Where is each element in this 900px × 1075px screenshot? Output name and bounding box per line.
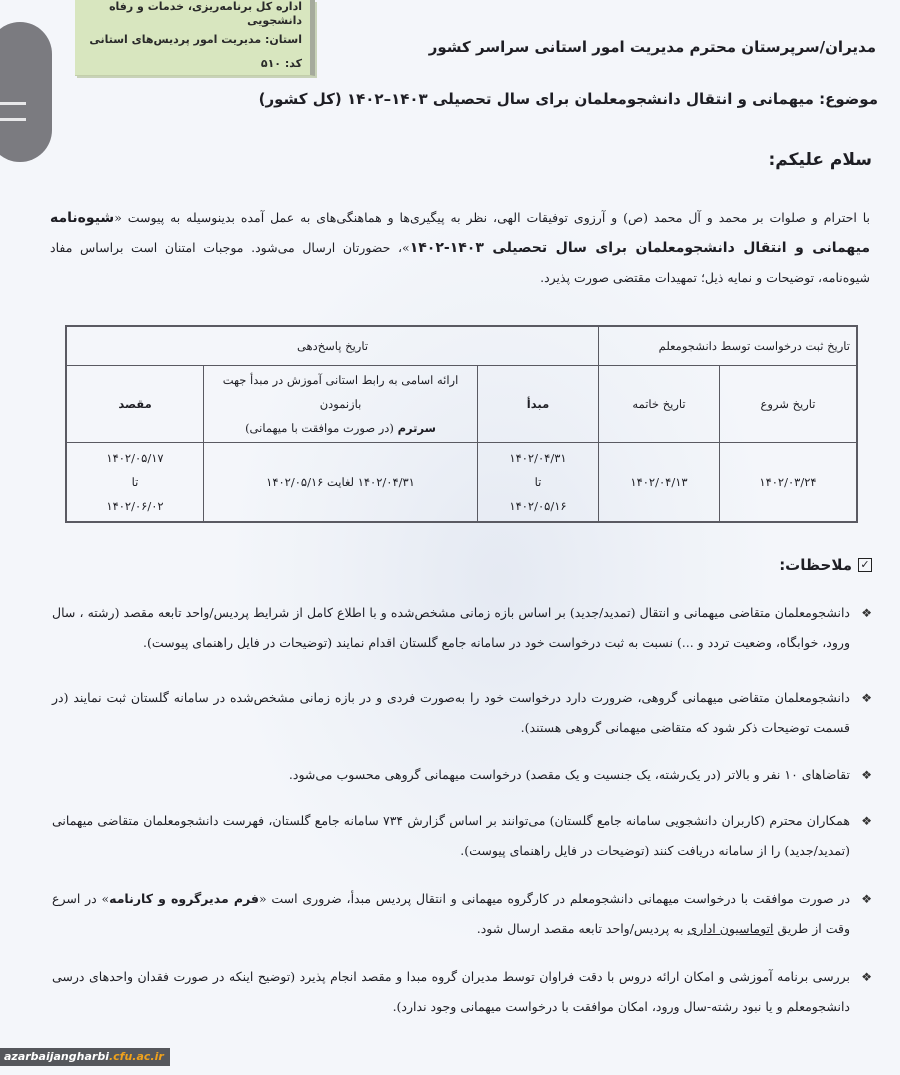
intro-text: با احترام و صلوات بر محمد و آل محمد (ص) … bbox=[114, 210, 870, 225]
bullet-icon: ❖ bbox=[850, 806, 872, 866]
site-domain: .cfu.ac.ir bbox=[109, 1050, 164, 1063]
cell-origin-range: ۱۴۰۲/۰۴/۳۱ تا ۱۴۰۲/۰۵/۱۶ bbox=[478, 442, 599, 522]
note-item: ❖تقاضاهای ۱۰ نفر و بالاتر (در یک‌رشته، ی… bbox=[52, 760, 872, 790]
col-list-submission: ارائه اسامی به رابط استانی آموزش در مبدأ… bbox=[204, 365, 478, 442]
note-text: دانشجومعلمان متقاضی میهمانی و انتقال (تم… bbox=[52, 598, 850, 658]
note-text: تقاضاهای ۱۰ نفر و بالاتر (در یک‌رشته، یک… bbox=[52, 760, 850, 790]
letterhead-stamp: اداره کل برنامه‌ریزی، خدمات و رفاه دانشج… bbox=[75, 0, 315, 76]
cell-list-range: ۱۴۰۲/۰۴/۳۱ لغایت ۱۴۰۲/۰۵/۱۶ bbox=[204, 442, 478, 522]
side-menu-handle[interactable] bbox=[0, 22, 52, 162]
note-text: بررسی برنامه آموزشی و امکان ارائه دروس ب… bbox=[52, 962, 850, 1022]
header-response-date: تاریخ پاسخ‌دهی bbox=[66, 326, 599, 365]
col-start-date: تاریخ شروع bbox=[720, 365, 858, 442]
checkbox-icon: ✓ bbox=[858, 558, 872, 572]
note-bold-form: فرم مدیرگروه و کارنامه bbox=[109, 891, 259, 906]
letter-subject: موضوع: میهمانی و انتقال دانشجومعلمان برا… bbox=[259, 90, 878, 108]
dest-to: ۱۴۰۲/۰۶/۰۲ bbox=[71, 494, 199, 518]
table-group-header-row: تاریخ ثبت درخواست توسط دانشجومعلم تاریخ … bbox=[66, 326, 857, 365]
stamp-code: کد: ۵۱۰ bbox=[83, 52, 302, 76]
note-item: ❖همکاران محترم (کاربران دانشجویی سامانه … bbox=[52, 806, 872, 866]
letter-addressee: مدیران/سرپرستان محترم مدیریت امور استانی… bbox=[429, 38, 876, 56]
stamp-department: اداره کل برنامه‌ریزی، خدمات و رفاه دانشج… bbox=[83, 0, 302, 28]
note-item: ❖بررسی برنامه آموزشی و امکان ارائه دروس … bbox=[52, 962, 872, 1022]
col-list-text: ارائه اسامی به رابط استانی آموزش در مبدأ… bbox=[208, 368, 473, 416]
header-registration-date: تاریخ ثبت درخواست توسط دانشجومعلم bbox=[599, 326, 858, 365]
site-watermark-badge: azarbaijangharbi.cfu.ac.ir bbox=[0, 1048, 170, 1066]
col-origin: مبدأ bbox=[478, 365, 599, 442]
site-name: azarbaijangharbi bbox=[4, 1050, 109, 1063]
col-list-note: (در صورت موافقت با میهمانی) bbox=[245, 421, 394, 435]
menu-line-icon bbox=[0, 102, 26, 105]
note-text-part: به پردیس/واحد تابعه مقصد ارسال شود. bbox=[477, 921, 688, 936]
bullet-icon: ❖ bbox=[850, 962, 872, 1022]
note-text-part: در صورت موافقت با درخواست میهمانی دانشجو… bbox=[259, 891, 850, 906]
table-column-header-row: تاریخ شروع تاریخ خاتمه مبدأ ارائه اسامی … bbox=[66, 365, 857, 442]
dest-from: ۱۴۰۲/۰۵/۱۷ bbox=[71, 446, 199, 470]
note-text: در صورت موافقت با درخواست میهمانی دانشجو… bbox=[52, 884, 850, 944]
schedule-table: تاریخ ثبت درخواست توسط دانشجومعلم تاریخ … bbox=[65, 325, 858, 523]
note-item: ❖در صورت موافقت با درخواست میهمانی دانشج… bbox=[52, 884, 872, 944]
col-list-bold: سرترم bbox=[398, 421, 436, 435]
letter-greeting: سلام علیکم: bbox=[768, 150, 872, 170]
origin-to-word: تا bbox=[482, 470, 594, 494]
origin-from: ۱۴۰۲/۰۴/۳۱ bbox=[482, 446, 594, 470]
dest-to-word: تا bbox=[71, 470, 199, 494]
note-underline-automation: اتوماسیون اداری bbox=[687, 921, 773, 936]
bullet-icon: ❖ bbox=[850, 760, 872, 790]
origin-to: ۱۴۰۲/۰۵/۱۶ bbox=[482, 494, 594, 518]
cell-end-date: ۱۴۰۲/۰۴/۱۳ bbox=[599, 442, 720, 522]
bullet-icon: ❖ bbox=[850, 884, 872, 944]
table-row: ۱۴۰۲/۰۳/۲۴ ۱۴۰۲/۰۴/۱۳ ۱۴۰۲/۰۴/۳۱ تا ۱۴۰۲… bbox=[66, 442, 857, 522]
note-text: همکاران محترم (کاربران دانشجویی سامانه ج… bbox=[52, 806, 850, 866]
col-destination: مقصد bbox=[66, 365, 204, 442]
menu-line-icon bbox=[0, 118, 26, 121]
cell-destination-range: ۱۴۰۲/۰۵/۱۷ تا ۱۴۰۲/۰۶/۰۲ bbox=[66, 442, 204, 522]
notes-heading: ✓ ملاحظات: bbox=[779, 556, 872, 574]
stamp-province: استان: مدیریت امور پردیس‌های استانی bbox=[83, 28, 302, 52]
bullet-icon: ❖ bbox=[850, 683, 872, 743]
notes-title: ملاحظات: bbox=[779, 556, 852, 574]
note-item: ❖دانشجومعلمان متقاضی میهمانی گروهی، ضرور… bbox=[52, 683, 872, 743]
col-end-date: تاریخ خاتمه bbox=[599, 365, 720, 442]
note-item: ❖دانشجومعلمان متقاضی میهمانی و انتقال (ت… bbox=[52, 598, 872, 658]
note-text: دانشجومعلمان متقاضی میهمانی گروهی، ضرورت… bbox=[52, 683, 850, 743]
intro-paragraph: با احترام و صلوات بر محمد و آل محمد (ص) … bbox=[50, 203, 870, 293]
bullet-icon: ❖ bbox=[850, 598, 872, 658]
cell-start-date: ۱۴۰۲/۰۳/۲۴ bbox=[720, 442, 858, 522]
